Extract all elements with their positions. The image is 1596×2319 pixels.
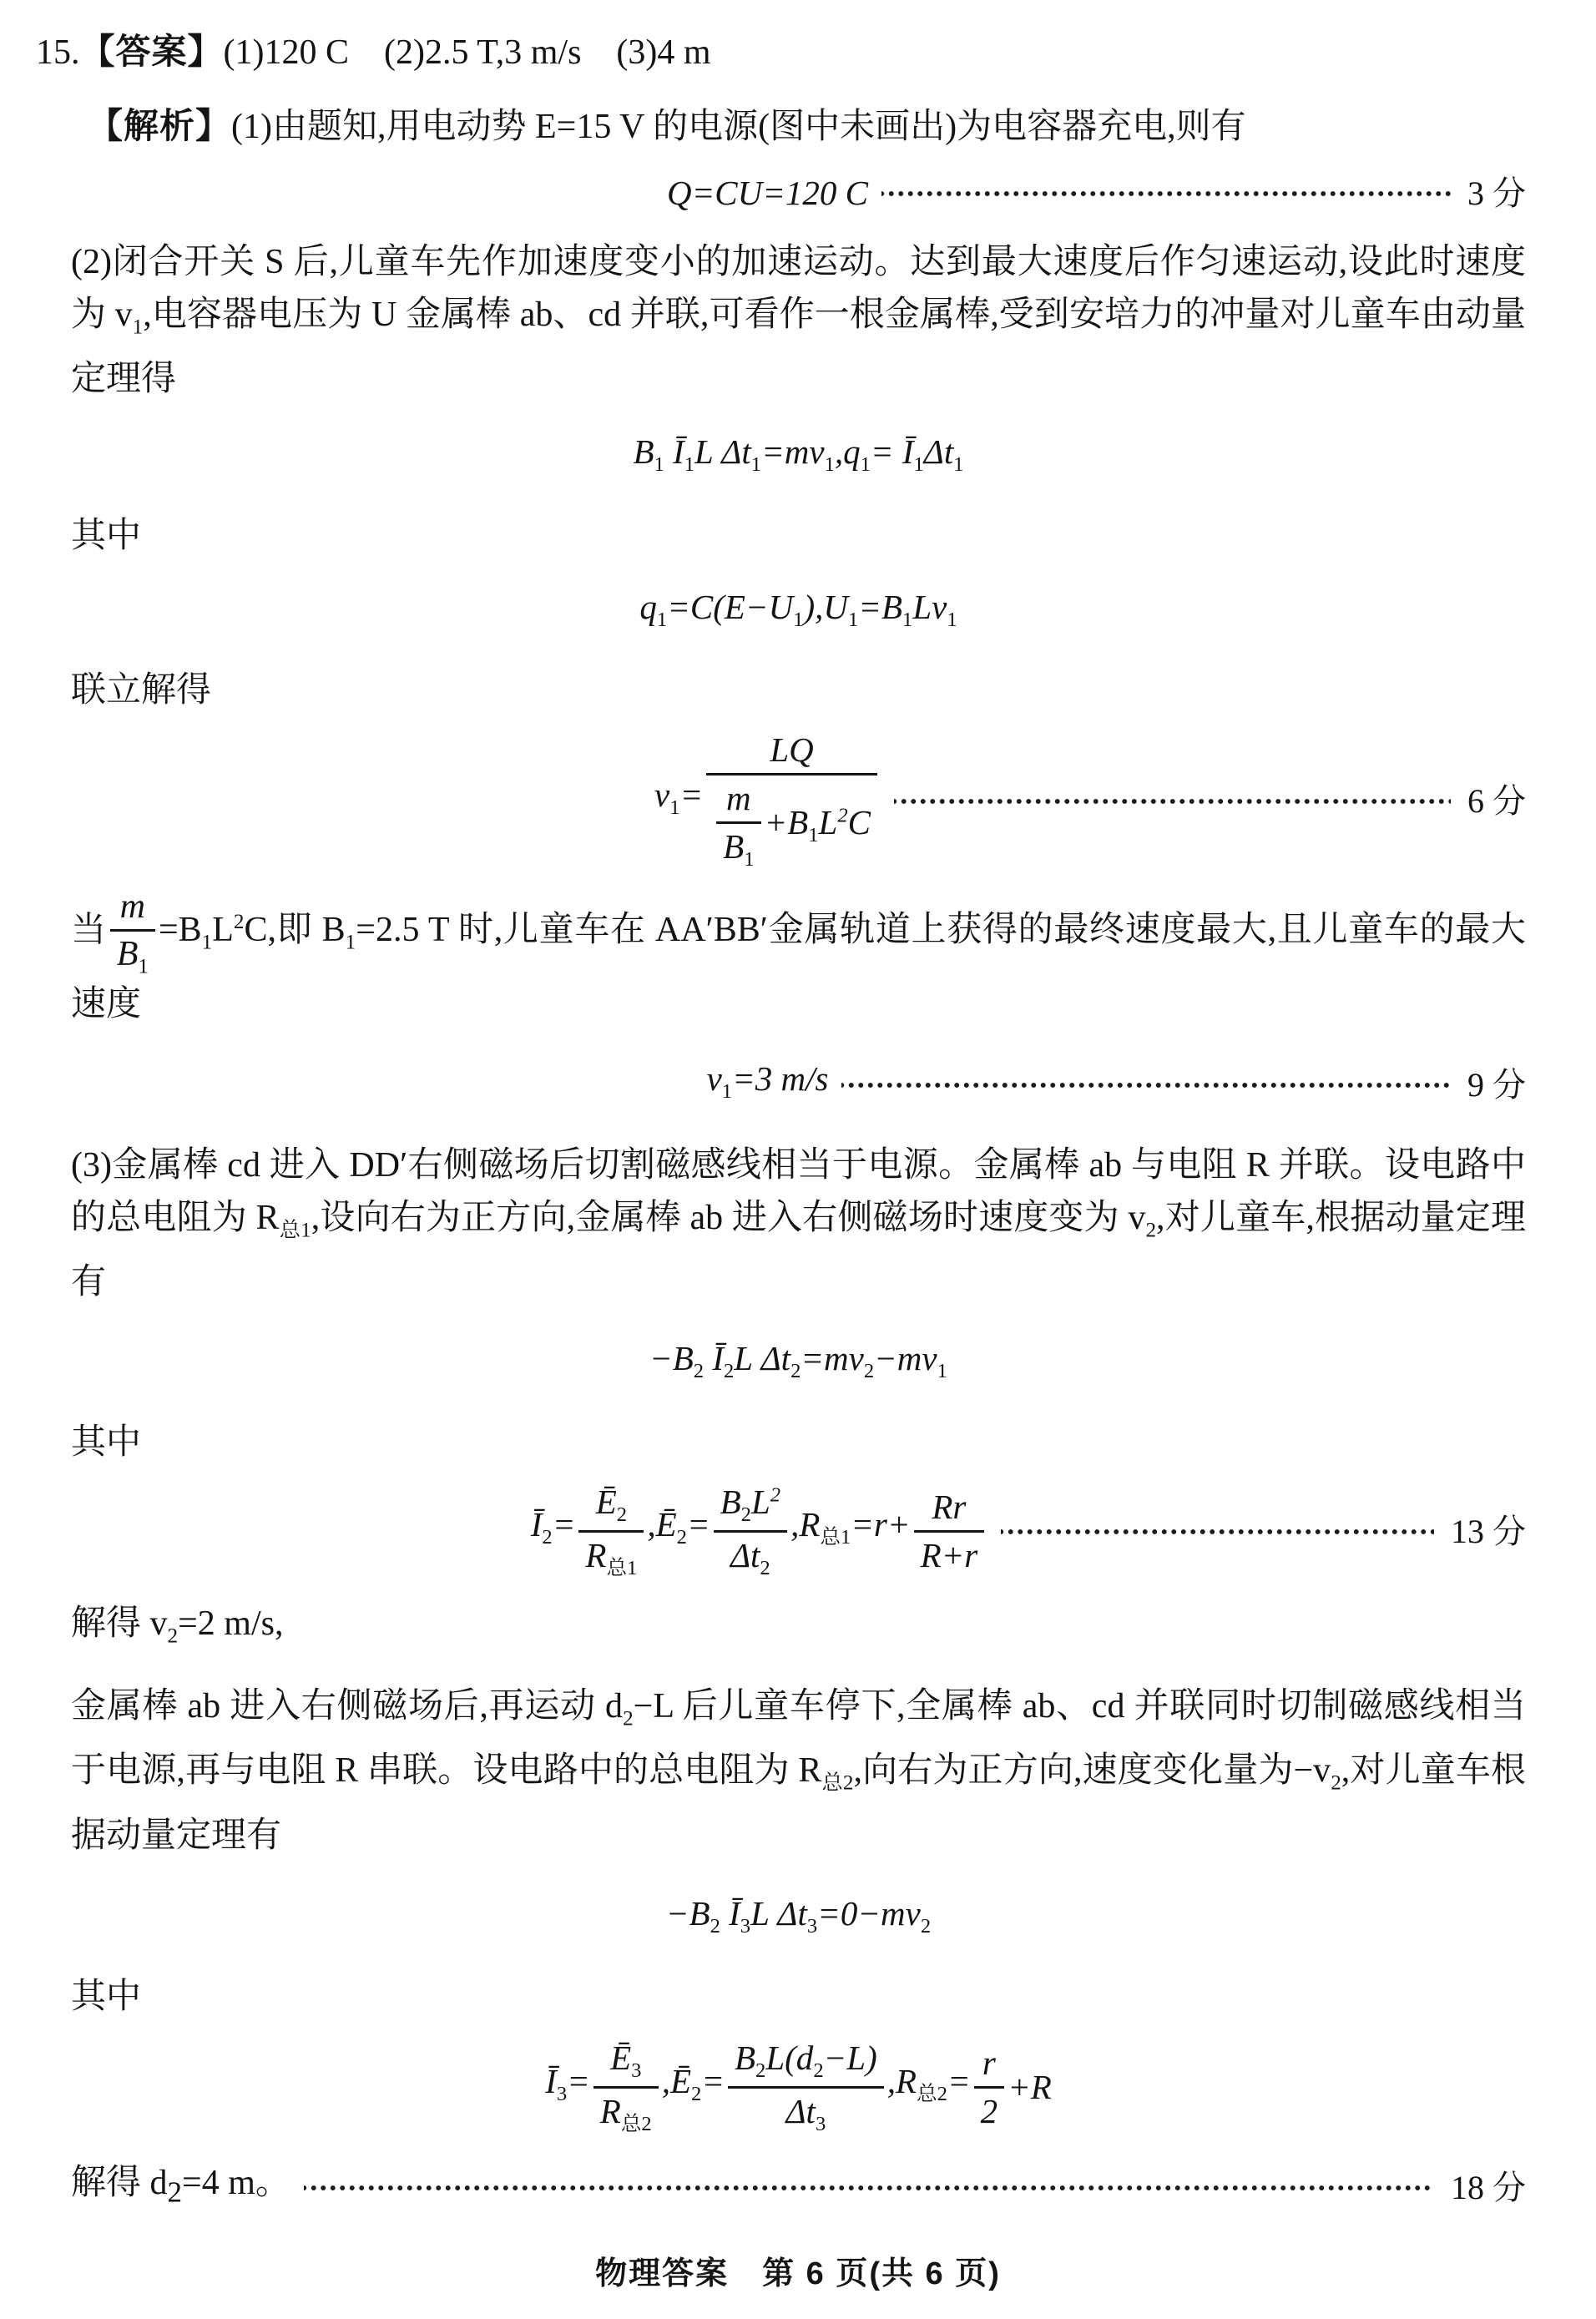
answer-values: (1)120 C (2)2.5 T,3 m/s (3)4 m [224,33,711,72]
term: ,Ē2= [662,2055,725,2120]
fraction-main: LQ m B1 +B1L2C [706,730,877,872]
formula-charge: Q=CU=120 C [667,167,868,220]
fraction-bar [728,2086,884,2089]
qizhong-1: 其中 [71,510,1526,563]
term: +R [1008,2061,1052,2114]
question-number: 15. [36,33,80,72]
fraction-bar [714,1530,787,1533]
exam-answer-page: 15.【答案】(1)120 C (2)2.5 T,3 m/s (3)4 m 【解… [0,0,1596,2319]
fraction-bar [578,1530,644,1533]
analysis-label: 【解析】 [88,106,231,145]
frac-den: 2 [974,2092,1005,2131]
part2-paragraph: (2)闭合开关 S 后,儿童车先作加速度变小的加速运动。达到最大速度后作匀速运动… [71,236,1526,406]
frac-num: Ē2 [589,1483,634,1527]
part3-second-paragraph: 金属棒 ab 进入右侧磁场后,再运动 d2−L 后儿童车停下,全属棒 ab、cd… [71,1680,1526,1862]
denominator-rest: +B1L2C [765,803,871,847]
score-6: 6 分 [1464,775,1526,827]
formula-q1: q1=C(E−U1),U1=B1Lv1 [639,588,957,626]
fraction-bar [974,2086,1005,2089]
fraction-denominator: m B1 +B1L2C [706,779,877,872]
score-13: 13 分 [1447,1505,1526,1558]
fraction: B2L2Δt2 [714,1483,787,1581]
solve-v2-line: 解得 v2=2 m/s, [71,1598,1526,1662]
dotted-leader [841,1068,1451,1103]
frac-num: r [976,2044,1003,2083]
frac-num: B2L2 [714,1483,787,1527]
frac-num: Ē3 [604,2039,648,2083]
fraction-nested: m B1 [716,779,760,872]
frac-den: Δt3 [779,2092,832,2136]
formula-impulse1: B1 Ī1L Δt1=mv1,q1= Ī1Δt1 [633,432,963,471]
inline-fraction: mB1 [110,887,155,978]
final-answer-text: 解得 d2=4 m。 [71,2157,290,2218]
term: Ī2= [531,1498,576,1564]
dotted-leader [304,2170,1434,2205]
formula-impulse3-row: −B2 Ī3L Δt3=0−mv2 [71,1887,1526,1953]
qizhong-3: 其中 [71,1971,1526,2023]
frac-num: Rr [925,1488,972,1527]
part2-condition-paragraph: 当mB1=B1L2C,即 B1=2.5 T 时,儿童车在 AA′BB′金属轨道上… [71,887,1526,1031]
formula-circuit1-row: Ī2= Ē2R总1 ,Ē2= B2L2Δt2 ,R总1=r+ RrR+r 13 … [71,1483,1526,1581]
condition-pre: 当 [71,911,107,949]
formula-v1-row: v1= LQ m B1 +B1L2C 6 分 [71,730,1526,872]
term: Ī3= [545,2055,590,2120]
answer-label: 【答案】 [80,32,224,71]
formula-charge-row: Q=CU=120 C 3 分 [71,167,1526,220]
frac-den: R总2 [593,2092,659,2136]
fraction-bar [716,821,760,824]
page-footer: 物理答案 第 6 页(共 6 页) [0,2247,1596,2293]
part3-paragraph: (3)金属棒 cd 进入 DD′右侧磁场后切割磁感线相当于电源。金属棒 ab 与… [71,1139,1526,1309]
formula-circuit1: Ī2= Ē2R总1 ,Ē2= B2L2Δt2 ,R总1=r+ RrR+r [531,1483,987,1581]
term: ,R总2= [887,2055,971,2120]
frac-den: R+r [914,1536,985,1575]
fraction-bar [110,929,155,932]
term: ,Ē2= [647,1498,710,1564]
term: ,R总1=r+ [790,1498,911,1564]
qizhong-2: 其中 [71,1417,1526,1469]
fraction: r2 [974,2044,1005,2131]
fraction-bar [706,773,877,776]
score-18: 18 分 [1447,2161,1526,2214]
condition-post: =B1L2C,即 B1=2.5 T 时,儿童车在 AA′BB′金属轨道上获得的最… [71,911,1526,1023]
formula-impulse1-row: B1 Ī1L Δt1=mv1,q1= Ī1Δt1 [71,426,1526,491]
frac-num: B2L(d2−L) [728,2039,884,2083]
lianli-jiede: 联立解得 [71,664,1526,717]
page-content: 15.【答案】(1)120 C (2)2.5 T,3 m/s (3)4 m 【解… [0,0,1596,2218]
analysis-line: 【解析】(1)由题知,用电动势 E=15 V 的电源(图中未画出)为电容器充电,… [88,99,1526,154]
formula-q1-row: q1=C(E−U1),U1=B1Lv1 [71,581,1526,646]
nested-numerator: m [720,779,758,818]
nested-denominator: B1 [716,827,760,872]
fraction: Ē2R总1 [578,1483,644,1581]
inline-frac-den: B1 [110,935,155,978]
answer-line: 15.【答案】(1)120 C (2)2.5 T,3 m/s (3)4 m [36,25,1526,79]
formula-v1-value-row: v1=3 m/s 9 分 [71,1053,1526,1118]
score-9: 9 分 [1464,1058,1526,1111]
formula-impulse3: −B2 Ī3L Δt3=0−mv2 [666,1894,931,1932]
formula-v1-value: v1=3 m/s [707,1053,829,1118]
fraction: Ē3R总2 [593,2039,659,2137]
formula-circuit2: Ī3= Ē3R总2 ,Ē2= B2L(d2−L)Δt3 ,R总2= r2 +R [545,2039,1052,2137]
fraction: B2L(d2−L)Δt3 [728,2039,884,2137]
dotted-leader [881,176,1451,211]
analysis-part1-text: (1)由题知,用电动势 E=15 V 的电源(图中未画出)为电容器充电,则有 [231,108,1246,146]
frac-den: R总1 [578,1536,644,1580]
formula-circuit2-row: Ī3= Ē3R总2 ,Ē2= B2L(d2−L)Δt3 ,R总2= r2 +R [71,2039,1526,2137]
formula-v1: v1= LQ m B1 +B1L2C [654,730,881,872]
frac-den: Δt2 [724,1536,777,1580]
formula-impulse2-row: −B2 Ī2L Δt2=mv2−mv1 [71,1332,1526,1397]
final-answer-row: 解得 d2=4 m。 18 分 [71,2157,1526,2218]
fraction-bar [914,1530,985,1533]
fraction-bar [593,2086,659,2089]
score-3: 3 分 [1464,167,1526,220]
footer-text: 物理答案 第 6 页(共 6 页) [595,2256,1001,2291]
fraction: RrR+r [914,1488,985,1575]
formula-impulse2: −B2 Ī2L Δt2=mv2−mv1 [649,1339,947,1377]
fraction-numerator: LQ [763,730,820,770]
dotted-leader [1001,1514,1434,1549]
inline-frac-num: m [114,887,152,926]
formula-v1-lhs: v1= [654,769,703,834]
dotted-leader [894,784,1451,819]
